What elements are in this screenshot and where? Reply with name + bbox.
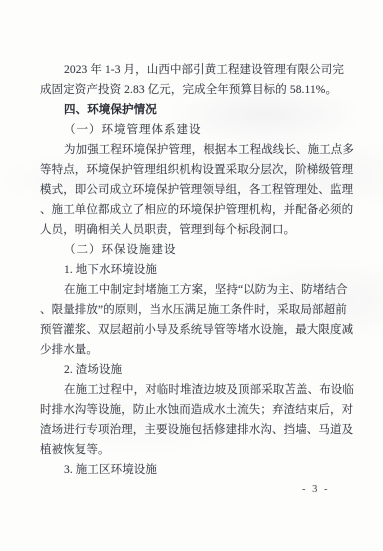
paragraph-line: 植被恢复等。 bbox=[40, 440, 356, 460]
paragraph-line: 2023 年 1-3 月，山西中部引黄工程建设管理有限公司完 bbox=[40, 60, 356, 80]
paragraph-line: 预管灌浆、双层超前小导及系统导管等堵水设施，最大限度减 bbox=[40, 320, 356, 340]
paragraph-line: 在施工中制定封堵施工方案，坚持“以防为主、防堵结合 bbox=[40, 280, 356, 300]
paragraph-line: 、限量排放”的原则，当水压满足施工条件时，采取局部超前 bbox=[40, 300, 356, 320]
numbered-item-heading: 1. 地下水环境设施 bbox=[40, 260, 356, 280]
paragraph-line: 人员，明确相关人员职责，管理到每个标段洞口。 bbox=[40, 220, 356, 240]
paragraph-line: 等特点，环境保护管理组织机构设置采取分层次，阶梯级管理 bbox=[40, 160, 356, 180]
section-heading: 四、环境保护情况 bbox=[40, 100, 356, 120]
paragraph-line: 少排水量。 bbox=[40, 340, 356, 360]
paragraph-line: 时排水沟等设施，防止水蚀而造成水土流失；弃渣结束后，对 bbox=[40, 400, 356, 420]
document-page: 2023 年 1-3 月，山西中部引黄工程建设管理有限公司完 成固定资产投资 2… bbox=[0, 0, 383, 551]
paragraph-line: 渣场进行专项治理，主要设施包括修建排水沟、挡墙、马道及 bbox=[40, 420, 356, 440]
numbered-item-heading: 2. 渣场设施 bbox=[40, 360, 356, 380]
page-number: - 3 - bbox=[302, 484, 330, 495]
paragraph-line: 在施工过程中，对临时堆渣边坡及顶部采取苫盖、布设临 bbox=[40, 380, 356, 400]
subsection-heading: （一）环境管理体系建设 bbox=[40, 120, 356, 140]
numbered-item-heading: 3. 施工区环境设施 bbox=[40, 460, 356, 480]
paragraph-line: 、施工单位都成立了相应的环境保护管理机构，并配备必须的 bbox=[40, 200, 356, 220]
subsection-heading: （二）环保设施建设 bbox=[40, 240, 356, 260]
paragraph-line: 成固定资产投资 2.83 亿元，完成全年预算目标的 58.11%。 bbox=[40, 80, 356, 100]
paragraph-line: 为加强工程环境保护管理，根据本工程战线长、施工点多 bbox=[40, 140, 356, 160]
document-text: 2023 年 1-3 月，山西中部引黄工程建设管理有限公司完 成固定资产投资 2… bbox=[40, 60, 356, 480]
paragraph-line: 模式，即公司成立环境保护管理领导组，各工程管理处、监理 bbox=[40, 180, 356, 200]
